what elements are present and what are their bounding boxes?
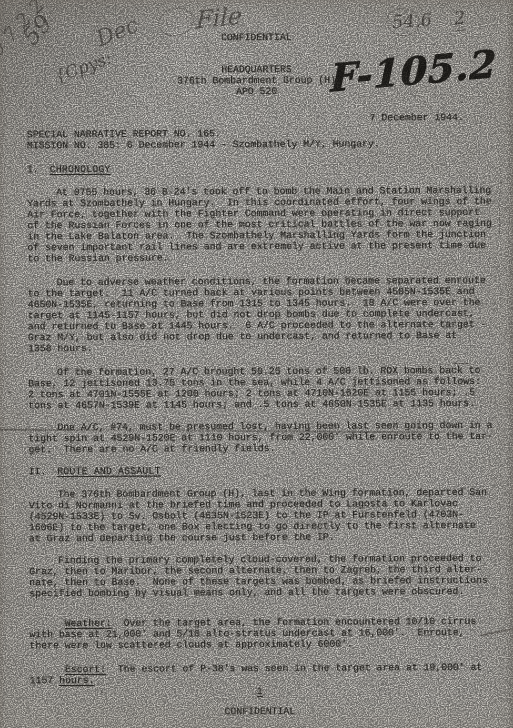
escort-text-underlined: hours.: [59, 675, 94, 686]
paragraph-chronology-1: At 0755 hours, 36 B-24's took off to bom…: [27, 185, 509, 265]
report-title-line2: MISSION NO. 385: 6 December 1944 - Szomb…: [27, 138, 509, 152]
scanned-document-page: CONFIDENTIAL HEADQUARTERS 376th Bombardm…: [0, 0, 513, 728]
weather-label: Weather:: [65, 618, 112, 629]
page-number: 1: [30, 685, 490, 698]
handwritten-class-mark: 54.6: [391, 10, 432, 34]
paragraph-chronology-3: Of the formation, 27 A/C brought 50.25 t…: [28, 365, 510, 412]
handwritten-file-annotation: File: [196, 1, 243, 34]
handwritten-class-mark-suffix: 2: [453, 7, 467, 31]
paragraph-route-2: Finding the primary completely cloud-cov…: [29, 553, 511, 600]
document-date: 7 December 1944.: [27, 112, 509, 126]
report-title: SPECIAL NARRATIVE REPORT NO. 165. MISSIO…: [27, 127, 509, 152]
paragraph-route-1: The 376th Bombardment Group (H), last in…: [29, 487, 511, 545]
section-2-title: ROUTE AND ASSAULT: [57, 466, 160, 478]
escort-label: Escort:: [65, 664, 106, 675]
section-1-number: I.: [27, 164, 39, 175]
section-1-title: CHRONOLOGY: [50, 164, 111, 175]
classification-bottom: CONFIDENTIAL: [30, 705, 490, 718]
paragraph-chronology-4: One A/C, #74, must be presumed lost, hav…: [28, 420, 510, 456]
section-1-heading: I.CHRONOLOGY: [27, 162, 509, 176]
paragraph-chronology-2: Due to adverse weather conditions, the f…: [28, 275, 510, 355]
section-2-heading: II.ROUTE AND ASSAULT: [29, 464, 511, 478]
section-2-number: II.: [29, 466, 47, 477]
typed-content: CONFIDENTIAL HEADQUARTERS 376th Bombardm…: [0, 0, 513, 728]
